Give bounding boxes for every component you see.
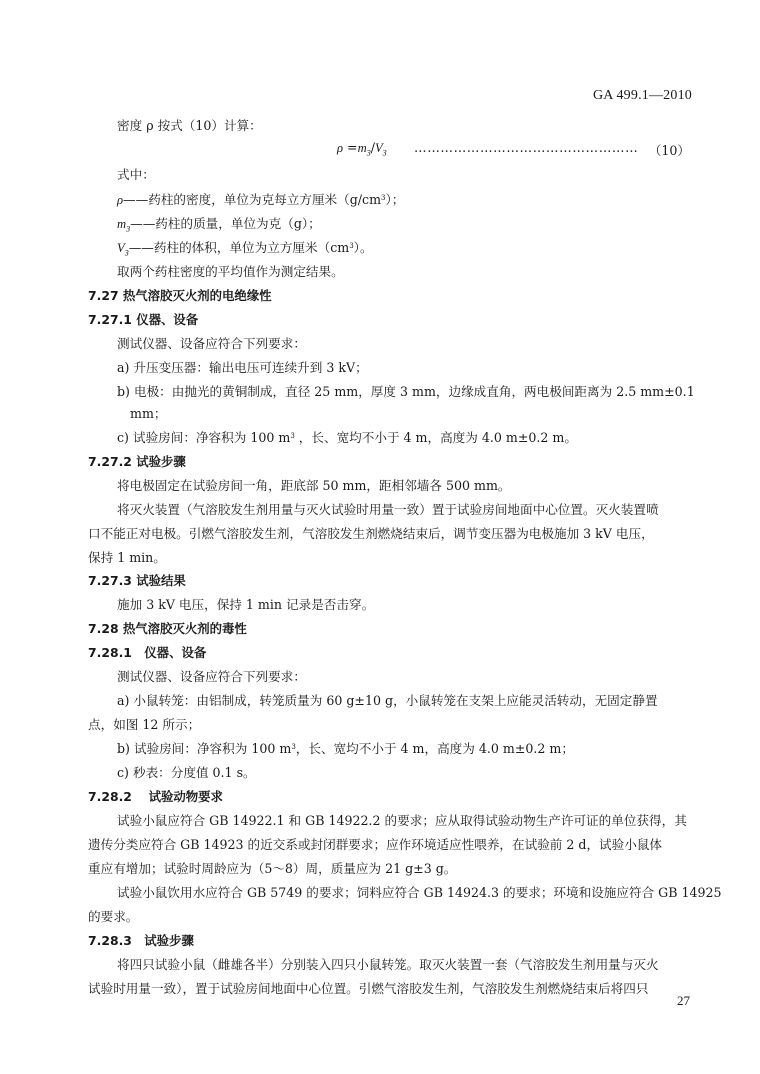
paragraph: 施加 3 kV 电压，保持 1 min 记录是否击穿。	[117, 596, 374, 614]
paragraph: 测试仪器、设备应符合下列要求：	[117, 668, 306, 686]
heading-7-28-2: 7.28.2 试验动物要求	[88, 788, 223, 806]
definition-m3: m3——药柱的质量，单位为克（g）；	[117, 215, 321, 239]
density-intro: 密度 ρ 按式（10）计算：	[117, 117, 262, 135]
paragraph-continued: 保持 1 min。	[88, 549, 166, 567]
definition-rho: ρ——药柱的密度，单位为克每立方厘米（g/cm3）；	[117, 191, 404, 209]
heading-7-27-2: 7.27.2 试验步骤	[88, 453, 186, 471]
equation-number: （10）	[649, 140, 690, 159]
heading-7-27-1: 7.27.1 仪器、设备	[88, 311, 198, 329]
list-item-a: a) 小鼠转笼：由铝制成，转笼质量为 60 g±10 g，小鼠转笼在支架上应能灵…	[117, 692, 658, 710]
formula-leader-dots: ……………………………………………	[414, 140, 638, 155]
paragraph-continued: 口不能正对电极。引燃气溶胶发生剂，气溶胶发生剂燃烧结束后，调节变压器为电极施加 …	[88, 525, 654, 543]
heading-7-27: 7.27 热气溶胶灭火剂的电绝缘性	[88, 287, 272, 305]
heading-7-28: 7.28 热气溶胶灭火剂的毒性	[88, 620, 247, 638]
paragraph-continued: 试验时用量一致），置于试验房间地面中心位置。引燃气溶胶发生剂，气溶胶发生剂燃烧结…	[88, 980, 648, 998]
list-item-b-continued: mm；	[130, 405, 166, 423]
heading-7-28-1: 7.28.1 仪器、设备	[88, 644, 206, 662]
paragraph-continued: 遗传分类应符合 GB 14923 的近交系或封闭群要求；应作环境适应性喂养，在试…	[88, 836, 662, 854]
paragraph: 测试仪器、设备应符合下列要求：	[117, 335, 306, 353]
heading-7-28-3: 7.28.3 试验步骤	[88, 932, 194, 950]
paragraph: 将四只试验小鼠（雌雄各半）分别装入四只小鼠转笼。取灭火装置一套（气溶胶发生剂用量…	[117, 956, 659, 974]
list-item-c: c) 试验房间：净容积为 100 m3 ，长、宽均不小于 4 m，高度为 4.0…	[117, 429, 577, 447]
paragraph: 试验小鼠应符合 GB 14922.1 和 GB 14922.2 的要求；应从取得…	[117, 812, 687, 830]
density-conclusion: 取两个药柱密度的平均值作为测定结果。	[117, 263, 344, 281]
page-number: 27	[677, 993, 690, 1009]
paragraph-continued: 的要求。	[88, 908, 138, 926]
paragraph-continued: 重应有增加；试验时周龄应为（5～8）周，质量应为 21 g±3 g。	[88, 860, 456, 878]
formula-10: ρ =m3/V3 …………………………………………… （10）	[0, 140, 760, 158]
heading-7-27-3: 7.27.3 试验结果	[88, 572, 186, 590]
list-item-a: a) 升压变压器：输出电压可连续升到 3 kV；	[117, 359, 368, 377]
list-item-a-continued: 点，如图 12 所示；	[88, 716, 200, 734]
where-label: 式中：	[117, 166, 155, 184]
list-item-c: c) 秒表：分度值 0.1 s。	[117, 764, 256, 782]
list-item-b: b) 试验房间：净容积为 100 m3，长、宽均不小于 4 m，高度为 4.0 …	[117, 740, 574, 758]
list-item-b: b) 电极：由抛光的黄铜制成，直径 25 mm，厚度 3 mm，边缘成直角，两电…	[117, 383, 695, 401]
definition-v3: V3——药柱的体积，单位为立方厘米（cm3）。	[117, 239, 373, 263]
paragraph: 将灭火装置（气溶胶发生剂用量与灭火试验时用量一致）置于试验房间地面中心位置。灭火…	[117, 501, 659, 519]
standard-code-header: GA 499.1—2010	[593, 88, 692, 104]
formula-expression: ρ =m3/V3	[337, 140, 387, 158]
paragraph: 试验小鼠饮用水应符合 GB 5749 的要求；饲料应符合 GB 14924.3 …	[117, 884, 722, 902]
paragraph: 将电极固定在试验房间一角，距底部 50 mm，距相邻墙各 500 mm。	[117, 477, 511, 495]
